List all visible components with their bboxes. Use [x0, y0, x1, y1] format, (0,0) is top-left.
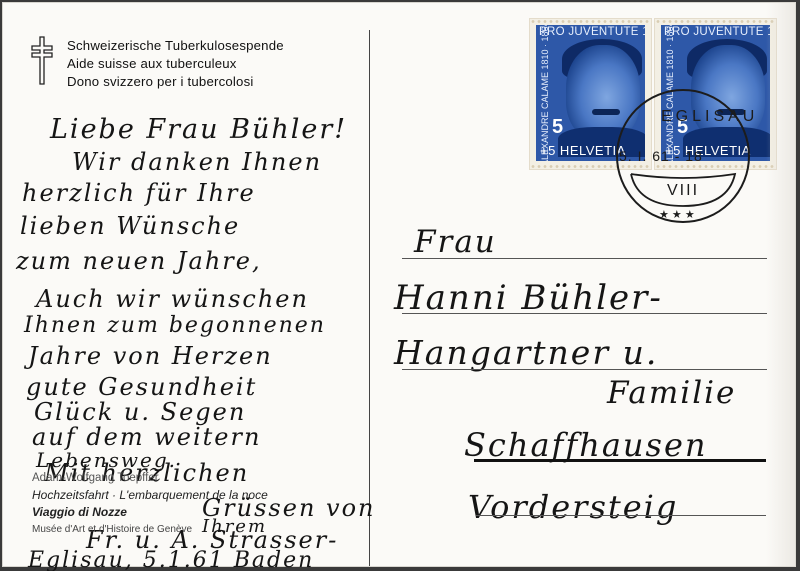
- message-line: gute Gesundheit: [26, 373, 257, 401]
- header-line-de: Schweizerische Tuberkulosespende: [67, 37, 284, 55]
- artist-credit: Adam-Wolfgang Toepffer: [32, 472, 159, 484]
- message-greeting: Liebe Frau Bühler!: [50, 114, 347, 145]
- svg-text:★ ★ ★: ★ ★ ★: [659, 209, 695, 221]
- address-underline: [474, 459, 766, 462]
- address-line: Hangartner u.: [394, 333, 658, 372]
- address-line: Hanni Bühler-: [394, 278, 663, 318]
- stamp-top-text: PRO JUVENTUTE 1960: [539, 26, 645, 38]
- postmark-date: 5. I. 61 - 18: [619, 148, 703, 164]
- message-line: Jahre von Herzen: [28, 342, 273, 370]
- artwork-title-it: Viaggio di Nozze: [32, 505, 127, 519]
- center-divider: [369, 30, 370, 566]
- museum-credit: Musée d'Art et d'Histoire de Genève: [32, 524, 192, 535]
- header-line-fr: Aide suisse aux tuberculeux: [67, 55, 284, 73]
- message-line: Ihnen zum begonnenen: [24, 313, 326, 338]
- cross-of-lorraine-icon: [30, 36, 54, 86]
- address-rule: [402, 258, 767, 259]
- address-line: Vordersteig: [468, 488, 678, 526]
- address-rule: [476, 515, 766, 516]
- message-line: auf dem weitern: [32, 423, 261, 451]
- header-line-it: Dono svizzero per i tubercolosi: [67, 73, 284, 91]
- message-line: lieben Wünsche: [20, 212, 240, 240]
- address-line: Familie: [607, 375, 736, 411]
- message-line: herzlich für Ihre: [22, 179, 256, 207]
- address-rule: [402, 369, 767, 370]
- message-place-date: Eglisau, 5.1.61 Baden: [28, 548, 314, 571]
- address-line: Frau: [414, 224, 497, 260]
- message-line: Auch wir wünschen: [36, 285, 309, 313]
- postmark-place: EGLISAU: [661, 108, 758, 126]
- postmark: ★ ★ ★ EGLISAU 5. I. 61 - 18 VIII: [613, 86, 753, 226]
- artwork-title: Hochzeitsfahrt · L'embarquement de la no…: [32, 488, 268, 502]
- stamp-value: 5: [552, 116, 563, 139]
- message-line: Wir danken Ihnen: [72, 148, 322, 176]
- stamp-top-text: PRO JUVENTUTE 1960: [664, 26, 770, 38]
- message-line: Glück u. Segen: [34, 398, 246, 426]
- postmark-sector: VIII: [667, 182, 699, 200]
- postcard: Schweizerische Tuberkulosespende Aide su…: [2, 2, 796, 567]
- message-line: zum neuen Jahre,: [16, 247, 262, 275]
- address-rule: [402, 313, 767, 314]
